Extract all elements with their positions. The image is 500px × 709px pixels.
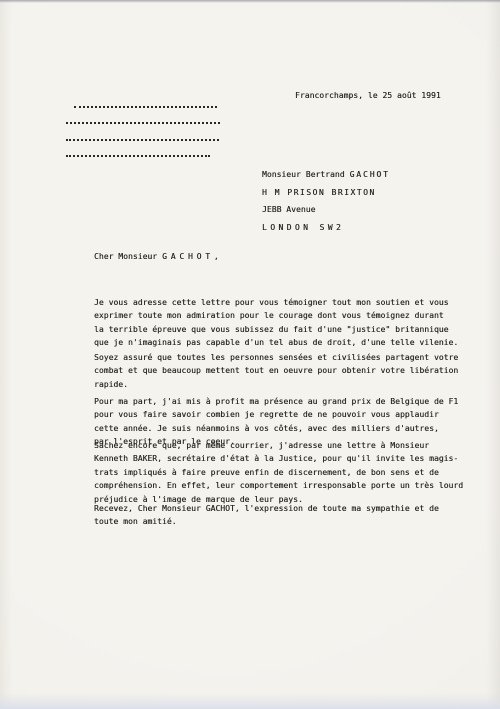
paragraph-line: combat et que beaucoup mettent tout en o… — [94, 364, 458, 377]
paragraph-line: Je vous adresse cette lettre pour vous t… — [94, 296, 458, 309]
recipient-line-street: JEBB Avenue — [262, 201, 390, 219]
paragraph-line: Kenneth BAKER, secrétaire d'état à la Ju… — [94, 452, 463, 465]
paragraph-line: que je n'imaginais pas capable d'un tel … — [94, 336, 458, 349]
body-paragraph-4: Sachez encore que, par même courrier, j'… — [94, 439, 463, 506]
body-paragraph-1: Je vous adresse cette lettre pour vous t… — [94, 296, 458, 350]
salutation-prefix: Cher Monsieur — [94, 252, 157, 261]
dateline: Francorchamps, le 25 août 1991 — [295, 91, 441, 100]
paragraph-line: pour vous faire savoir combien je regret… — [94, 408, 458, 421]
recipient-line-prison: H M PRISON BRIXTON — [262, 184, 390, 202]
paragraph-line: Sachez encore que, par même courrier, j'… — [94, 439, 463, 452]
sender-redacted-block — [66, 106, 220, 171]
paragraph-line: Recevez, Cher Monsieur GACHOT, l'express… — [94, 502, 439, 515]
paragraph-line: trats impliqués à faire preuve enfin de … — [94, 466, 463, 479]
paragraph-line: compréhension. En effet, leur comporteme… — [94, 479, 463, 492]
paragraph-line: Pour ma part, j'ai mis à profit ma prése… — [94, 395, 458, 408]
paragraph-line: toute mon amitié. — [94, 515, 439, 528]
recipient-surname: GACHOT — [350, 170, 390, 179]
body-paragraph-2: Soyez assuré que toutes les personnes se… — [94, 351, 458, 391]
salutation-name: GACHOT — [162, 252, 214, 261]
paragraph-line: cette année. Je suis néanmoins à vos côt… — [94, 422, 458, 435]
closing-paragraph: Recevez, Cher Monsieur GACHOT, l'express… — [94, 502, 439, 529]
paragraph-line: exprimer toute mon admiration pour le co… — [94, 309, 458, 322]
redacted-sender-line — [66, 122, 220, 124]
paragraph-line: rapide. — [94, 378, 458, 391]
salutation: Cher MonsieurGACHOT, — [94, 252, 219, 261]
redacted-sender-line — [66, 139, 219, 141]
redacted-sender-line — [74, 106, 217, 108]
letter-page: Francorchamps, le 25 août 1991 Monsieur … — [0, 0, 500, 709]
recipient-address: Monsieur BertrandGACHOT H M PRISON BRIXT… — [262, 166, 390, 236]
salutation-comma: , — [214, 252, 219, 261]
redacted-sender-line — [66, 155, 210, 157]
recipient-line-city: LONDON SW2 — [262, 219, 390, 237]
paragraph-line: Soyez assuré que toutes les personnes se… — [94, 351, 458, 364]
paragraph-line: la terrible épreuve que vous subissez du… — [94, 323, 458, 336]
recipient-line-name: Monsieur BertrandGACHOT — [262, 166, 390, 184]
recipient-title: Monsieur Bertrand — [262, 170, 345, 179]
